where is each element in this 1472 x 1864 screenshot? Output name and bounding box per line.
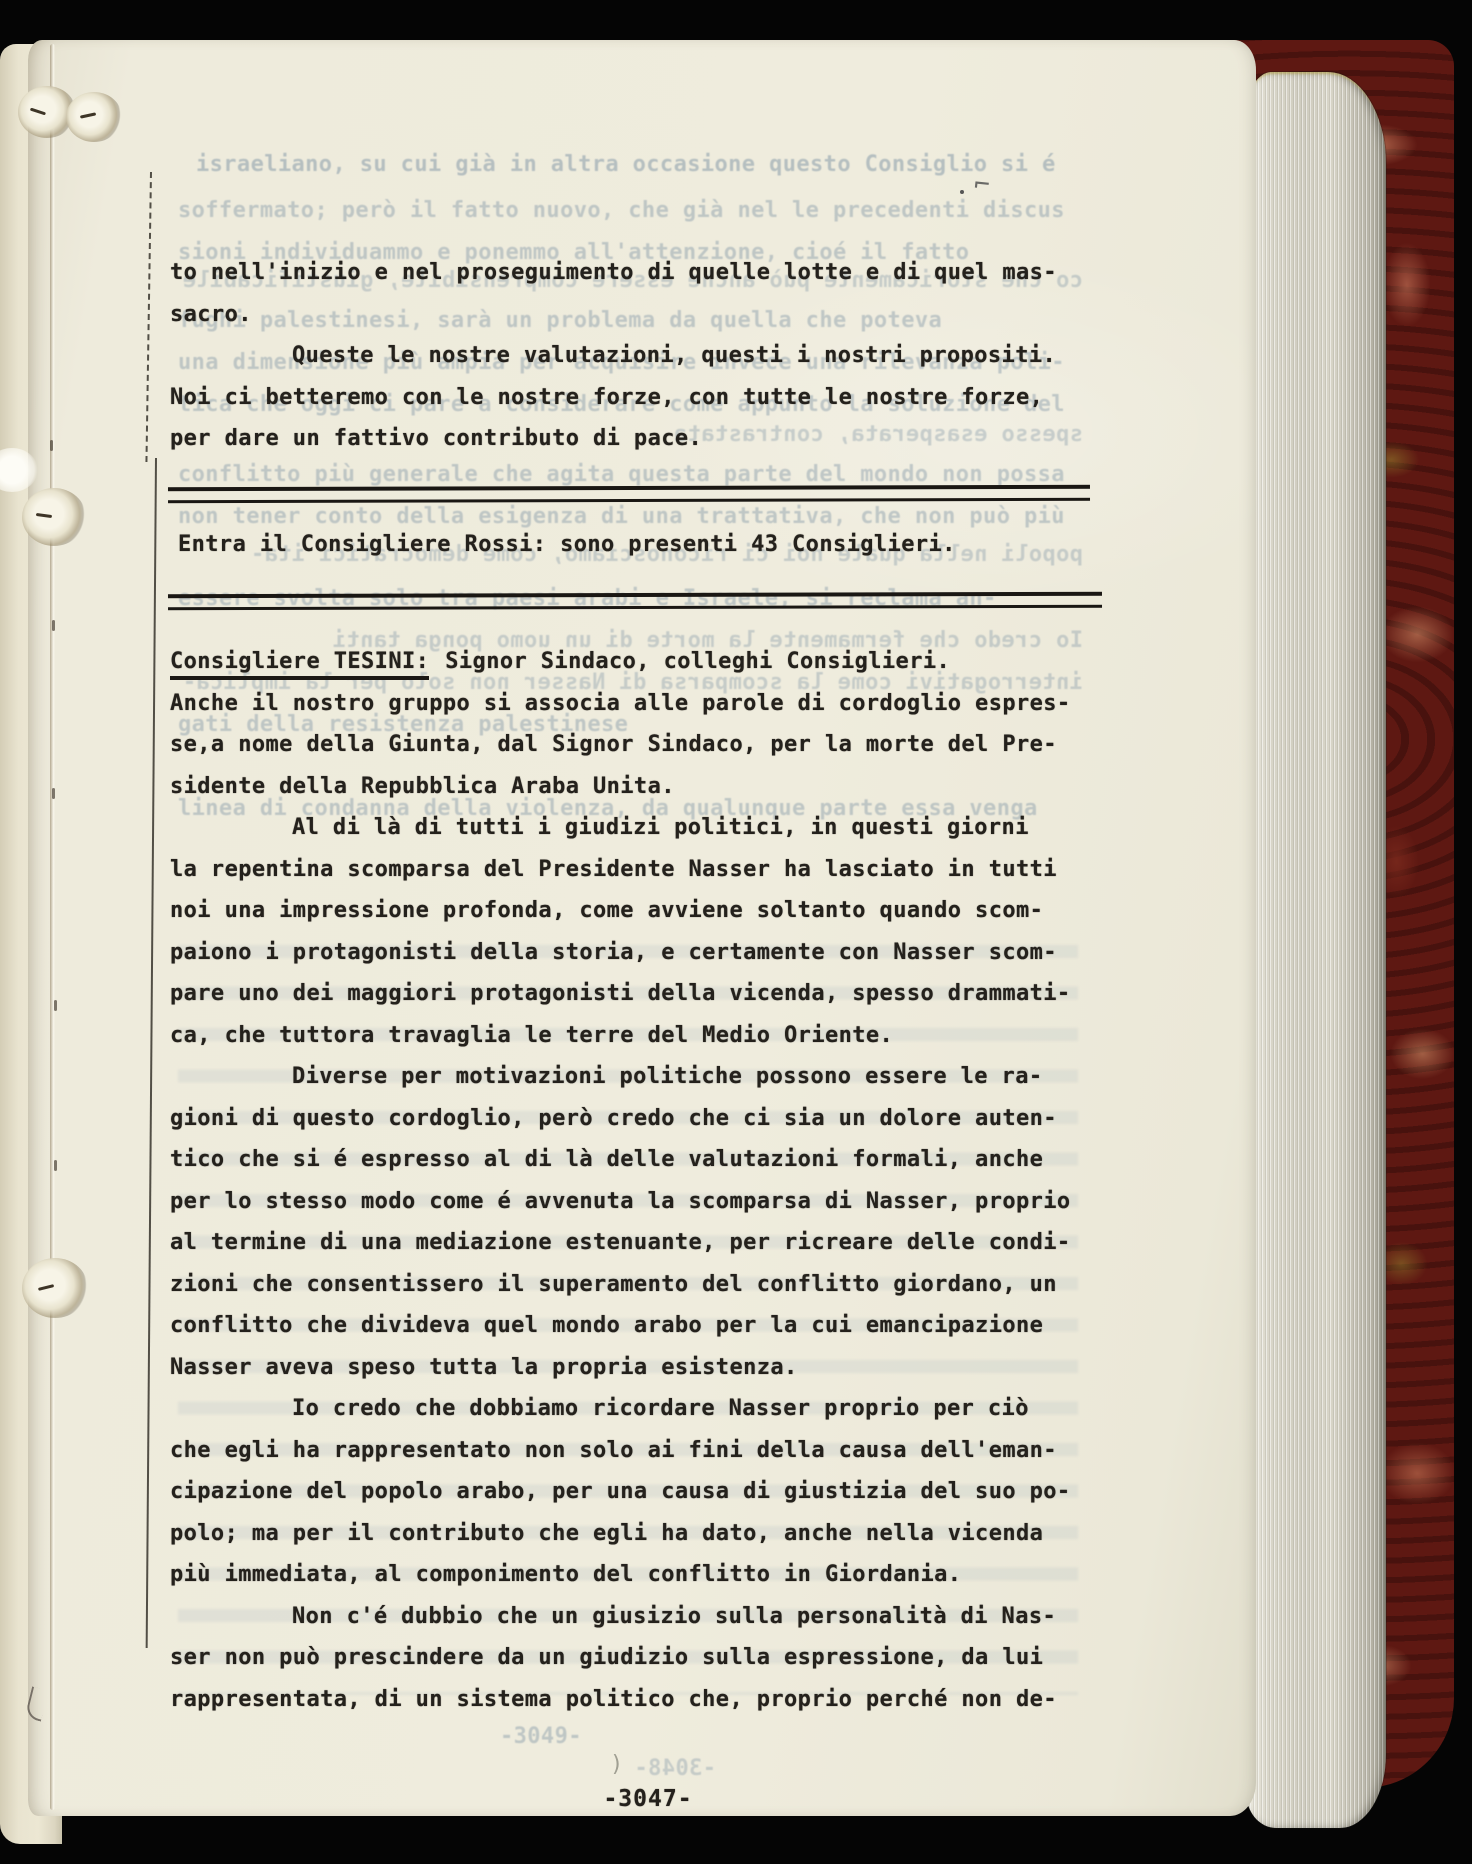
binding-hole — [22, 488, 86, 546]
typewritten-line: Io credo che dobbiamo ricordare Nasser p… — [170, 1388, 1098, 1430]
typewritten-line: rappresentata, di un sistema politico ch… — [170, 1679, 1098, 1721]
typewritten-text: to nell'inizio e nel proseguimento di qu… — [170, 252, 1098, 1720]
typewritten-line: per dare un fattivo contributo di pace. — [170, 418, 1098, 460]
typewritten-line: conflitto che divideva quel mondo arabo … — [170, 1305, 1098, 1347]
typewritten-line: noi una impressione profonda, come avvie… — [170, 890, 1098, 932]
typewritten-line: to nell'inizio e nel proseguimento di qu… — [170, 252, 1098, 294]
stage-direction: Entra il Consigliere Rossi: sono present… — [178, 524, 1098, 566]
stray-pen-dot — [960, 190, 964, 194]
typewritten-line: Queste le nostre valutazioni, questi i n… — [170, 335, 1098, 377]
typewritten-line: sacro. — [170, 294, 1098, 336]
ghost-line: soffermato; però il fatto nuovo, che già… — [178, 198, 1083, 223]
typewritten-line: al termine di una mediazione estenuante,… — [170, 1222, 1098, 1264]
binding-gutter-crease — [50, 44, 55, 1810]
speaker-heading: Consigliere TESINI:Signor Sindaco, colle… — [170, 641, 1098, 683]
stitch-mark — [54, 1160, 57, 1171]
page-number: -3047- — [198, 1786, 1098, 1812]
scanned-book-page-scene: israeliano, su cui già in altra occasion… — [0, 0, 1472, 1864]
typewritten-line: Nasser aveva speso tutta la propria esis… — [170, 1347, 1098, 1389]
typewritten-line: Diverse per motivazioni politiche posson… — [170, 1056, 1098, 1098]
stray-pen-mark: ⌐ — [972, 169, 991, 200]
typewritten-line: pare uno dei maggiori protagonisti della… — [170, 973, 1098, 1015]
stitch-mark — [52, 788, 55, 799]
typewritten-line: se,a nome della Giunta, dal Signor Sinda… — [170, 724, 1098, 766]
typewritten-line: cipazione del popolo arabo, per una caus… — [170, 1471, 1098, 1513]
typewritten-line: per lo stesso modo come é avvenuta la sc… — [170, 1181, 1098, 1223]
typewritten-line: Anche il nostro gruppo si associa alle p… — [170, 683, 1098, 725]
speaker-name-underlined: Consigliere TESINI: — [170, 649, 429, 680]
stray-paren-mark: ) — [610, 1752, 623, 1777]
page-block-fore-edge — [1246, 72, 1386, 1828]
typewritten-line: Noi ci betteremo con le nostre forze, co… — [170, 377, 1098, 419]
typewritten-line: paiono i protagonisti della storia, e ce… — [170, 932, 1098, 974]
typewritten-line: che egli ha rappresentato non solo ai fi… — [170, 1430, 1098, 1472]
ghost-page-number: -3049- — [500, 1724, 700, 1749]
separator-rule — [168, 484, 1090, 502]
typewritten-line: ser non può prescindere da un giudizio s… — [170, 1637, 1098, 1679]
typewritten-line: tico che si é espresso al di là delle va… — [170, 1139, 1098, 1181]
speech-intro: Signor Sindaco, colleghi Consiglieri. — [445, 649, 950, 674]
stitch-mark — [54, 1000, 57, 1011]
typewritten-line: la repentina scomparsa del Presidente Na… — [170, 849, 1098, 891]
typewritten-line: polo; ma per il contributo che egli ha d… — [170, 1513, 1098, 1555]
typewritten-line: zioni che consentissero il superamento d… — [170, 1264, 1098, 1306]
typewritten-line: ca, che tuttora travaglia le terre del M… — [170, 1015, 1098, 1057]
scanned-page: israeliano, su cui già in altra occasion… — [28, 40, 1256, 1816]
typewritten-line: sidente della Repubblica Araba Unita. — [170, 766, 1098, 808]
binding-hole — [66, 92, 122, 142]
typewritten-line: gioni di questo cordoglio, però credo ch… — [170, 1098, 1098, 1140]
typewritten-line: Al di là di tutti i giudizi politici, in… — [170, 807, 1098, 849]
binding-hole — [22, 1258, 88, 1318]
typewritten-line: Non c'é dubbio che un giusizio sulla per… — [170, 1596, 1098, 1638]
stitch-mark — [50, 440, 53, 451]
ghost-line: israeliano, su cui già in altra occasion… — [196, 152, 1101, 177]
stitch-mark — [52, 620, 55, 631]
typewritten-line: più immediata, al componimento del confl… — [170, 1554, 1098, 1596]
separator-rule — [168, 592, 1102, 610]
